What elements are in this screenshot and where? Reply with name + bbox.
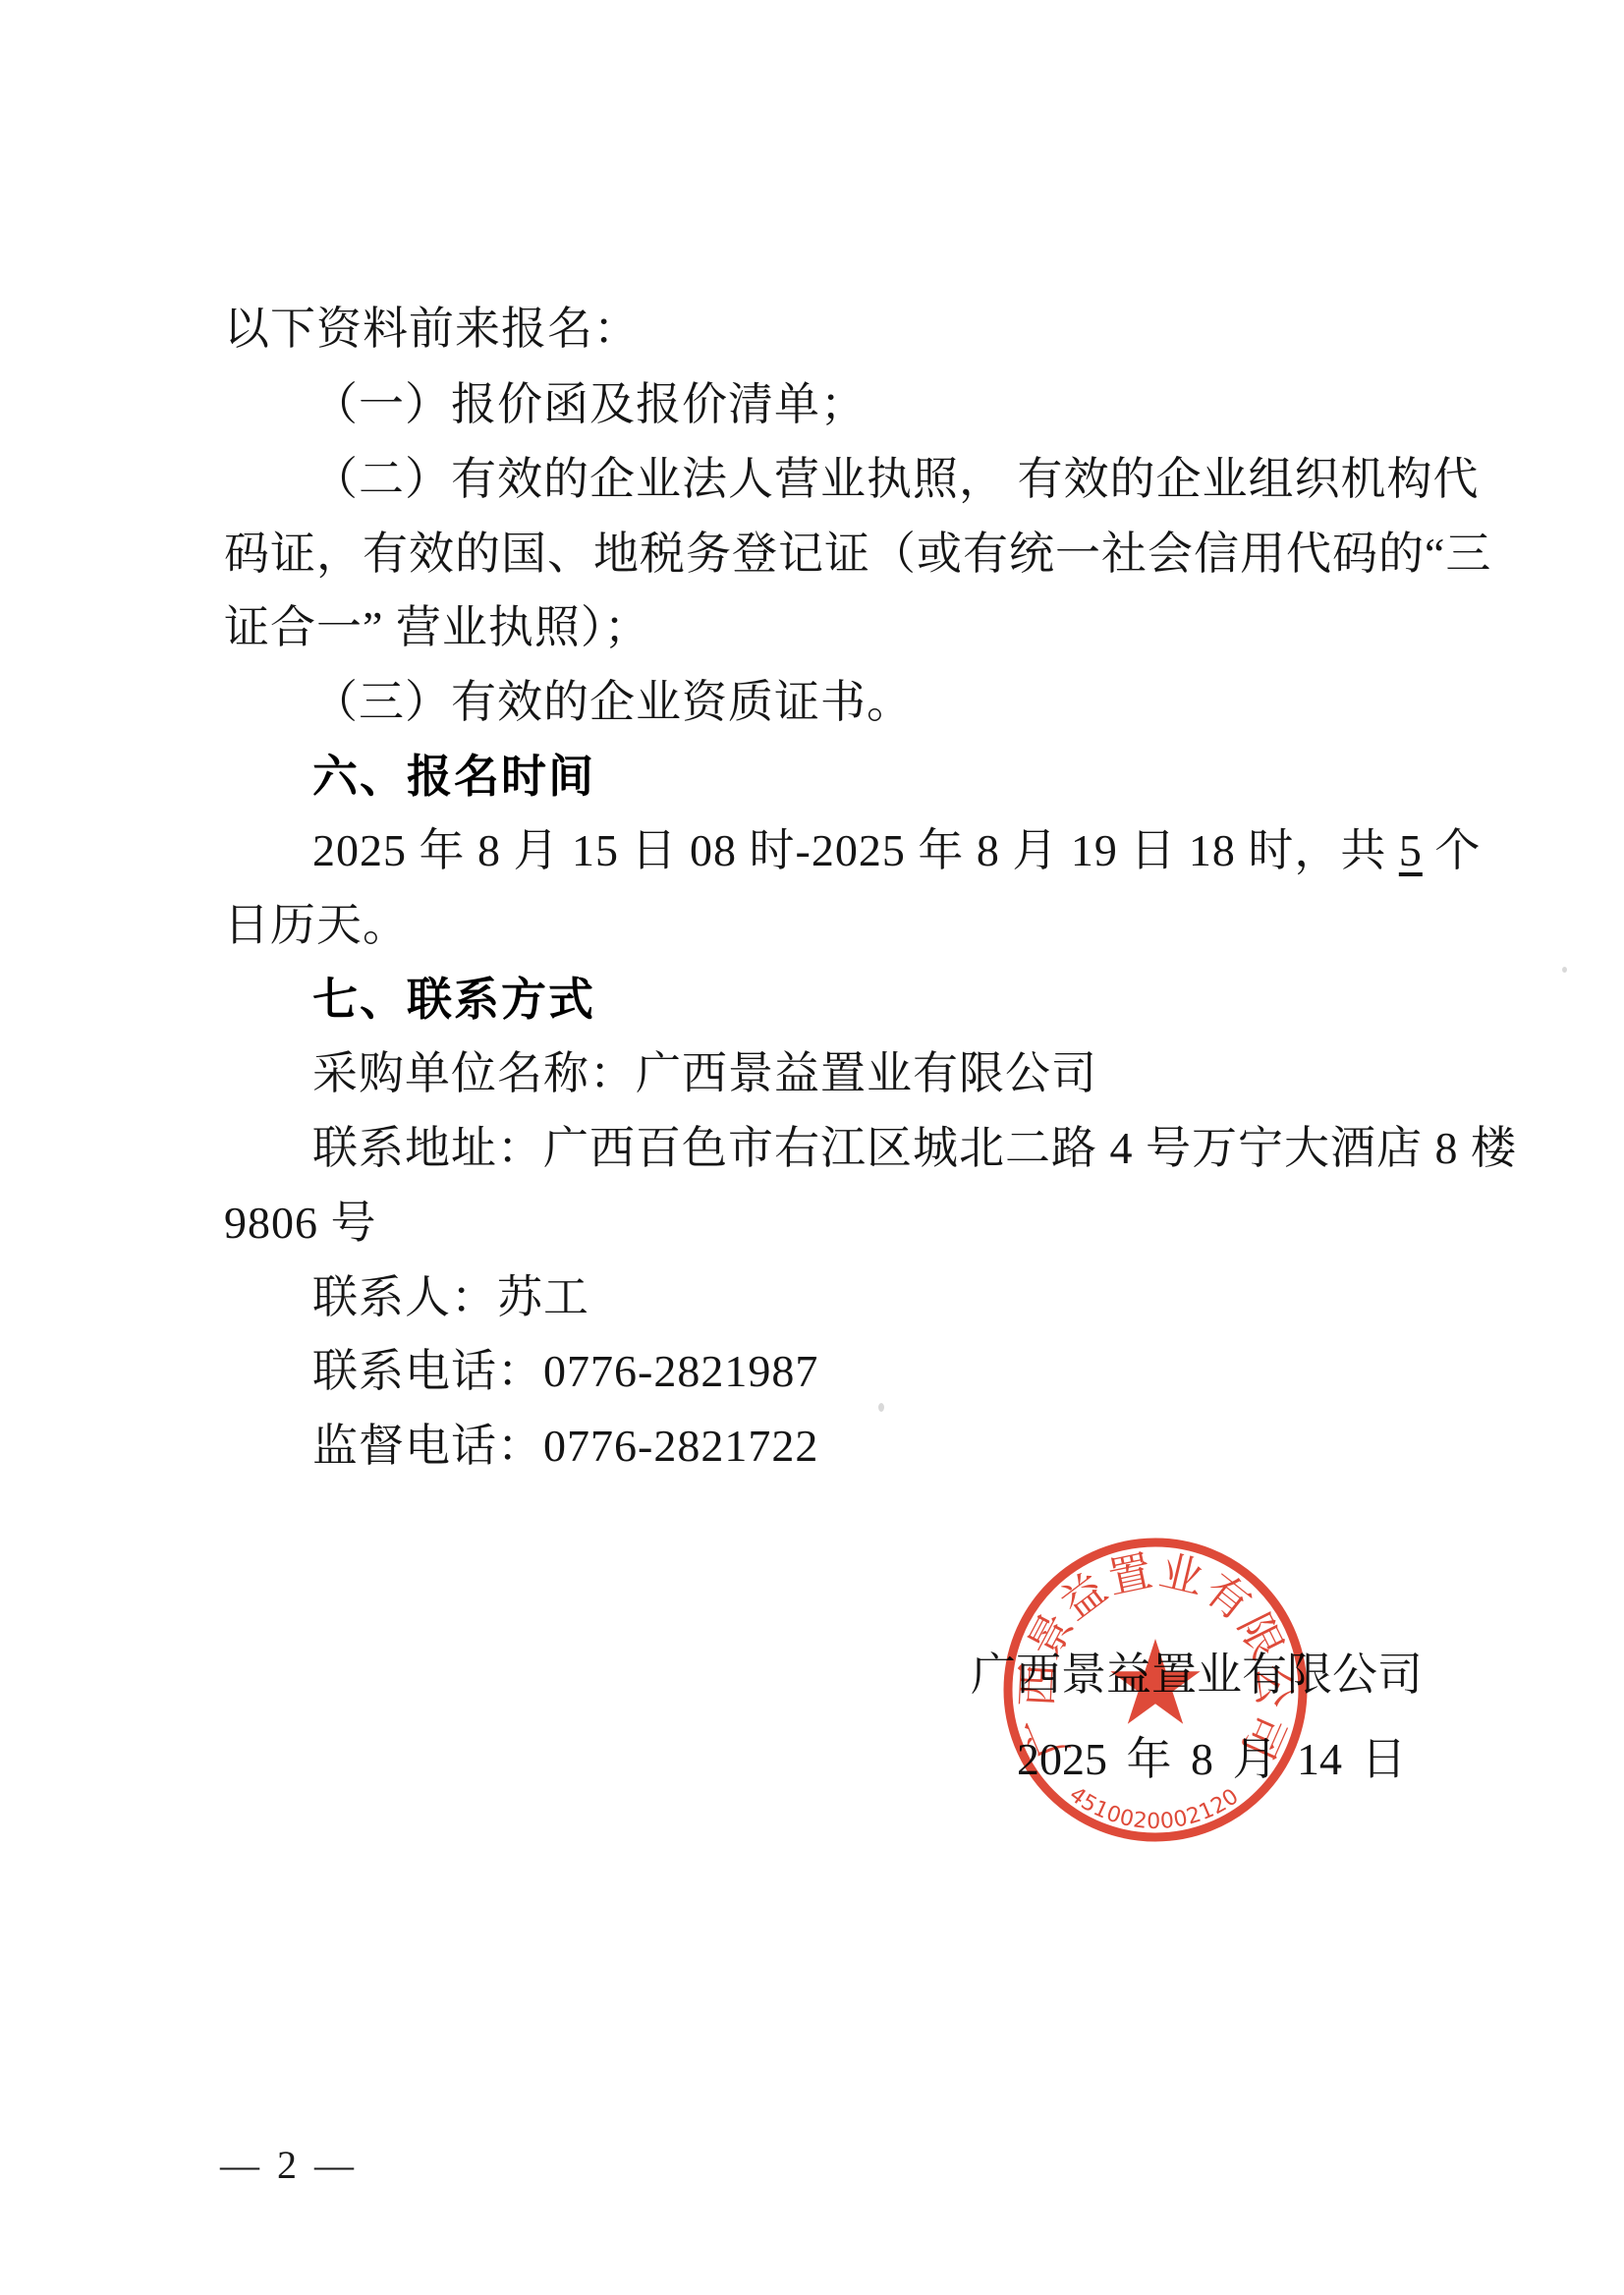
registration-time-prefix: 2025 年 8 月 15 日 08 时-2025 年 8 月 19 日 18 …: [312, 825, 1399, 875]
line-supervision-phone: 监督电话：0776-2821722: [312, 1422, 818, 1472]
line-item-1: （一）报价函及报价清单；: [312, 380, 867, 430]
line-item-3: （三）有效的企业资质证书。: [312, 678, 913, 728]
line-contact-address: 联系地址：广西百色市右江区城北二路 4 号万宁大酒店 8 楼: [312, 1124, 1517, 1174]
seal-code-arc-textpath: 4510020002120: [1065, 1782, 1244, 1834]
seal-bottom-arc-path: [1068, 1798, 1242, 1828]
line-address-continued: 9806 号: [224, 1199, 377, 1249]
section-heading-registration-time: 六、报名时间: [312, 752, 595, 802]
signature-company-name: 广西景益置业有限公司: [971, 1651, 1423, 1701]
line-contact-phone: 联系电话：0776-2821987: [312, 1347, 818, 1397]
line-item-2-middle: 码证，有效的国、地税务登记证（或有统一社会信用代码的“三: [224, 530, 1491, 580]
scanned-document-page: 以下资料前来报名： （一）报价函及报价清单； （二）有效的企业法人营业执照， 有…: [0, 0, 1624, 2295]
registration-days-underlined: 5: [1399, 825, 1423, 875]
line-calendar-days: 日历天。: [224, 901, 409, 951]
section-heading-contact: 七、联系方式: [312, 975, 595, 1025]
scan-speck: [878, 1403, 884, 1412]
registration-time-suffix: 个: [1423, 825, 1482, 875]
line-materials-intro: 以下资料前来报名：: [224, 305, 640, 355]
line-item-2-start: （二）有效的企业法人营业执照， 有效的企业组织机构代: [312, 455, 1480, 505]
line-contact-person: 联系人：苏工: [312, 1273, 589, 1323]
line-item-2-end: 证合一” 营业执照）；: [224, 603, 650, 653]
signature-date: 2025 年 8 月 14 日: [1017, 1735, 1407, 1785]
page-number: — 2 —: [220, 2142, 358, 2188]
line-registration-time: 2025 年 8 月 15 日 08 时-2025 年 8 月 19 日 18 …: [312, 826, 1481, 876]
line-purchaser-name: 采购单位名称：广西景益置业有限公司: [312, 1049, 1097, 1099]
scan-speck: [1562, 967, 1567, 973]
seal-code-arc-text: 4510020002120: [1065, 1782, 1244, 1834]
